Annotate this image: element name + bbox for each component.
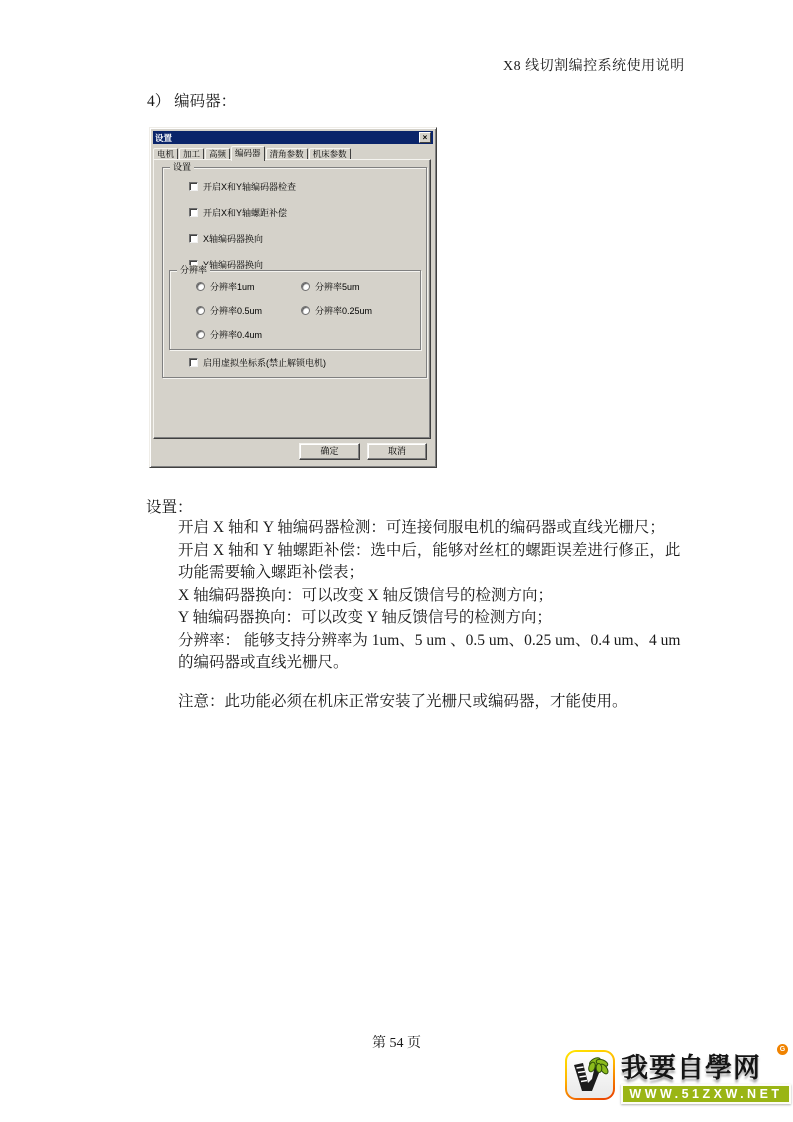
watermark-logo: 我要自學网 G WWW.51ZXW.NET (565, 1040, 793, 1112)
brand-badge-icon: G (777, 1044, 788, 1055)
radio-row-0-4um[interactable]: 分辨率0.4um (196, 328, 262, 341)
checkbox-row-x-encoder-reverse[interactable]: X轴编码器换向 (189, 232, 263, 245)
close-icon[interactable]: × (419, 132, 431, 143)
checkbox-row-encoder-check[interactable]: 开启X和Y轴编码器检查 (189, 180, 296, 193)
radio-icon[interactable] (196, 306, 205, 315)
brand-logo-icon (565, 1050, 615, 1100)
brand-name: 我要自學网 (621, 1053, 761, 1083)
settings-dialog: 设置 × 电机 加工 高频 编码器 清角参数 机床参数 设置 开启X和Y轴编码器… (149, 127, 437, 468)
dialog-title: 设置 (155, 132, 172, 144)
paragraph-y-encoder-reverse: Y 轴编码器换向：可以改变 Y 轴反馈信号的检测方向； (178, 607, 695, 630)
checkbox-icon[interactable] (189, 208, 198, 217)
tab-encoder[interactable]: 编码器 (231, 146, 265, 161)
radio-label: 分辨率5um (315, 280, 360, 293)
resolution-groupbox-label: 分辨率 (177, 265, 210, 276)
paragraph-resolution: 分辨率： 能够支持分辨率为 1um、5 um 、0.5 um、0.25 um、0… (178, 630, 695, 675)
radio-row-1um[interactable]: 分辨率1um (196, 280, 255, 293)
checkbox-icon[interactable] (189, 358, 198, 367)
radio-icon[interactable] (196, 282, 205, 291)
encoder-tab-page: 设置 开启X和Y轴编码器检查 开启X和Y轴螺距补偿 X轴编码器换向 Y轴编码器换… (153, 159, 431, 439)
paragraph-x-encoder-reverse: X 轴编码器换向：可以改变 X 轴反馈信号的检测方向； (178, 585, 695, 608)
radio-icon[interactable] (196, 330, 205, 339)
settings-groupbox-label: 设置 (170, 162, 194, 173)
document-page: X8 线切割编控系统使用说明 4） 编码器： 设置 × 电机 加工 高频 编码器… (0, 0, 793, 1122)
radio-row-0-5um[interactable]: 分辨率0.5um (196, 304, 262, 317)
v-ladder-plant-icon (568, 1053, 612, 1097)
radio-label: 分辨率0.25um (315, 304, 372, 317)
section-heading: 4） 编码器： (147, 89, 236, 111)
radio-row-0-25um[interactable]: 分辨率0.25um (301, 304, 372, 317)
cancel-button[interactable]: 取消 (367, 443, 427, 460)
checkbox-label: 开启X和Y轴编码器检查 (203, 180, 296, 193)
checkbox-icon[interactable] (189, 182, 198, 191)
radio-icon[interactable] (301, 306, 310, 315)
ok-button[interactable]: 确定 (299, 443, 360, 460)
dialog-titlebar[interactable]: 设置 × (153, 131, 433, 144)
dialog-tabstrip: 电机 加工 高频 编码器 清角参数 机床参数 (153, 146, 433, 160)
checkbox-label: X轴编码器换向 (203, 232, 263, 245)
radio-icon[interactable] (301, 282, 310, 291)
paragraph-encoder-check: 开启 X 轴和 Y 轴编码器检测：可连接伺服电机的编码器或直线光栅尺； (178, 517, 695, 540)
radio-label: 分辨率0.5um (210, 304, 262, 317)
settings-paragraph-label: 设置： (146, 495, 193, 517)
radio-label: 分辨率0.4um (210, 328, 262, 341)
resolution-groupbox: 分辨率 分辨率1um 分辨率5um 分辨率0.5um (169, 270, 421, 350)
checkbox-label: 开启X和Y轴螺距补偿 (203, 206, 287, 219)
checkbox-row-virtual-coords[interactable]: 启用虚拟坐标系(禁止解锁电机) (189, 356, 326, 369)
note-text: 注意：此功能必须在机床正常安装了光栅尺或编码器，才能使用。 (178, 689, 698, 711)
radio-row-5um[interactable]: 分辨率5um (301, 280, 360, 293)
radio-label: 分辨率1um (210, 280, 255, 293)
settings-groupbox: 设置 开启X和Y轴编码器检查 开启X和Y轴螺距补偿 X轴编码器换向 Y轴编码器换… (162, 167, 427, 378)
brand-url[interactable]: WWW.51ZXW.NET (621, 1084, 791, 1104)
paragraph-pitch-compensation: 开启 X 轴和 Y 轴螺距补偿：选中后，能够对丝杠的螺距误差进行修正，此功能需要… (178, 540, 695, 585)
checkbox-row-pitch-compensation[interactable]: 开启X和Y轴螺距补偿 (189, 206, 287, 219)
checkbox-label: 启用虚拟坐标系(禁止解锁电机) (203, 356, 326, 369)
checkbox-icon[interactable] (189, 234, 198, 243)
explanation-text: 开启 X 轴和 Y 轴编码器检测：可连接伺服电机的编码器或直线光栅尺； 开启 X… (178, 517, 695, 675)
document-header-title: X8 线切割编控系统使用说明 (503, 55, 685, 75)
